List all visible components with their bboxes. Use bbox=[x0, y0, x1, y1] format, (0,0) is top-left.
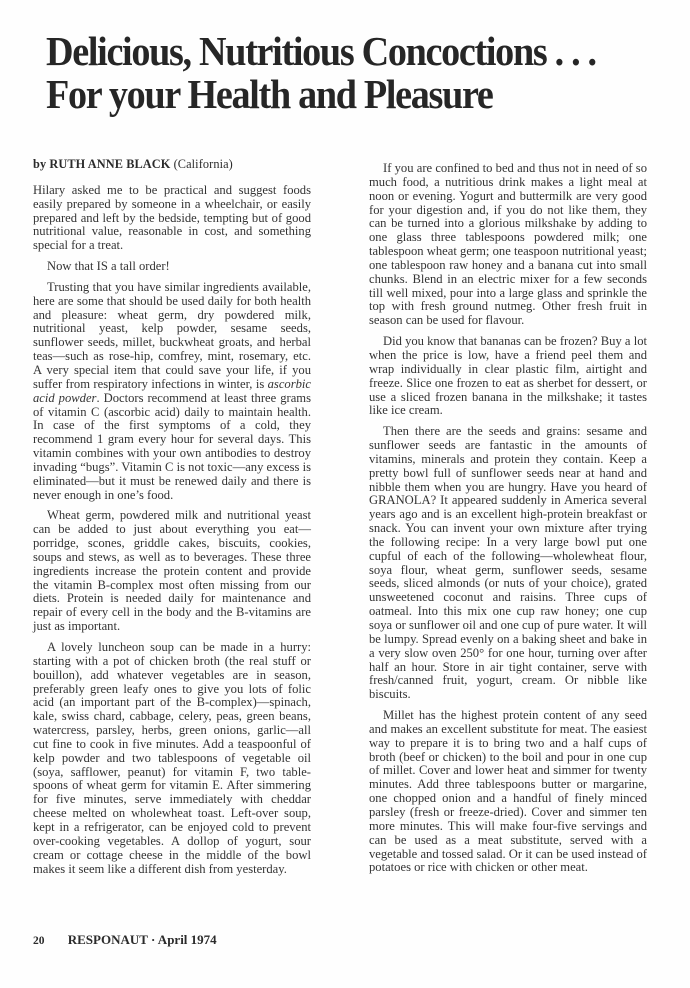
paragraph: Now that IS a tall order! bbox=[33, 260, 311, 274]
paragraph: Then there are the seeds and grains: ses… bbox=[369, 425, 647, 702]
paragraph: If you are confined to bed and thus not … bbox=[369, 162, 647, 328]
paragraph: A lovely luncheon soup can be made in a … bbox=[33, 641, 311, 876]
right-column: If you are confined to bed and thus not … bbox=[369, 162, 647, 882]
author-location: (California) bbox=[174, 157, 233, 171]
article-title: Delicious, Nutritious Concoctions . . . … bbox=[46, 30, 623, 116]
paragraph: Wheat germ, powdered milk and nutritiona… bbox=[33, 509, 311, 634]
paragraph: Trusting that you have similar ingredien… bbox=[33, 281, 311, 503]
title-line-2: For your Health and Pleasure bbox=[46, 73, 623, 116]
title-line-1: Delicious, Nutritious Concoctions . . . bbox=[46, 30, 623, 73]
publication-info: RESPONAUT · April 1974 bbox=[68, 932, 217, 947]
paragraph: Millet has the highest protein content o… bbox=[369, 709, 647, 875]
paragraph: Did you know that bananas can be frozen?… bbox=[369, 335, 647, 418]
byline: by RUTH ANNE BLACK (California) bbox=[33, 158, 311, 172]
paragraph: Hilary asked me to be practical and sugg… bbox=[33, 184, 311, 253]
page-number: 20 bbox=[33, 935, 45, 947]
author-name: by RUTH ANNE BLACK bbox=[33, 157, 174, 171]
left-column: by RUTH ANNE BLACK (California) Hilary a… bbox=[33, 158, 311, 883]
page-footer: 20 RESPONAUT · April 1974 bbox=[33, 932, 217, 948]
